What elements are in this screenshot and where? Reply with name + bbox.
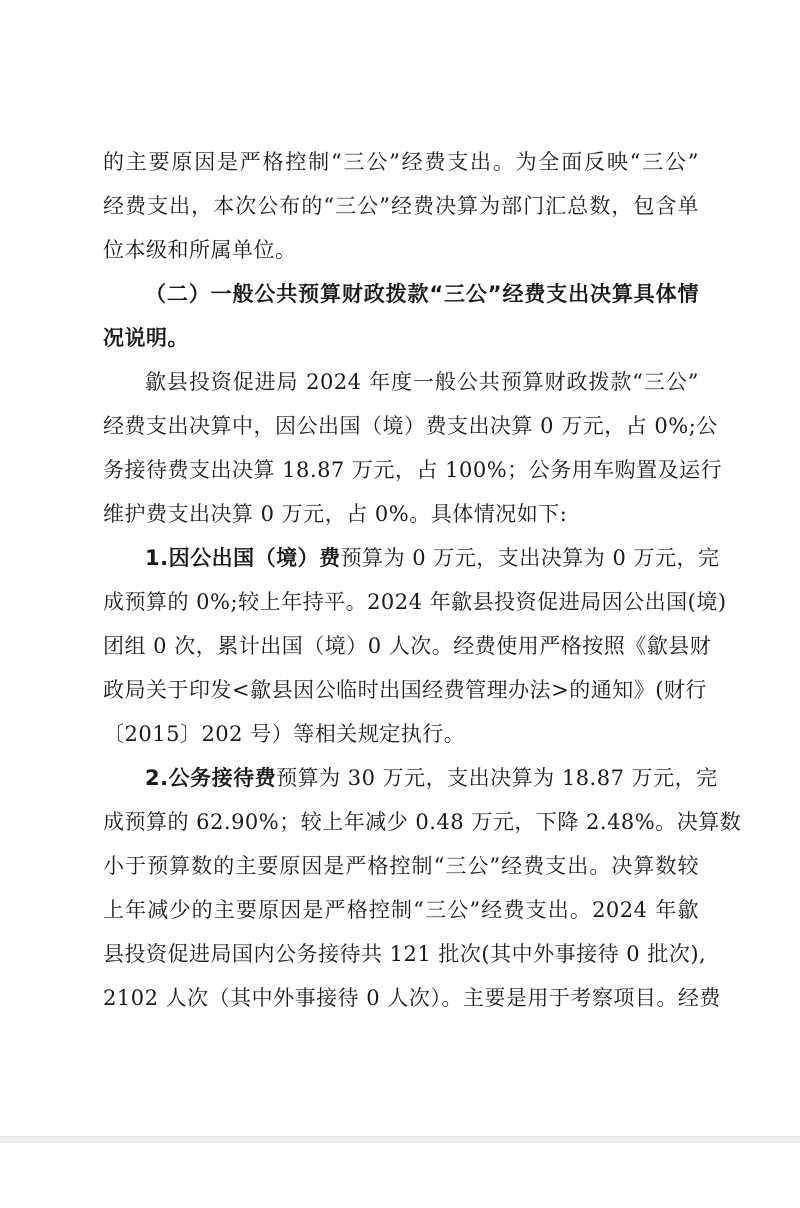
section-heading: （二）一般公共预算财政拨款“三公”经费支出决算具体情 <box>103 272 699 316</box>
item1-text: 预算为 0 万元，支出决算为 0 万元，完 <box>341 546 720 570</box>
page-separator <box>0 1136 800 1143</box>
item2-line: 成预算的 62.90%；较上年减少 0.48 万元，下降 2.48%。决算数 <box>103 800 699 844</box>
item2-line: 县投资促进局国内公务接待共 121 批次(其中外事接待 0 批次), <box>103 932 699 976</box>
summary-line: 务接待费支出决算 18.87 万元，占 100%；公务用车购置及运行 <box>103 448 699 492</box>
next-page-area <box>0 1143 800 1208</box>
item1-title: 1.因公出国（境）费 <box>145 546 341 570</box>
item1-line: 政局关于印发<歙县因公临时出国经费管理办法>的通知》(财行 <box>103 668 699 712</box>
item2-title: 2.公务接待费 <box>145 766 276 790</box>
text-line: 经费支出，本次公布的“三公”经费决算为部门汇总数，包含单 <box>103 184 699 228</box>
item2-line: 小于预算数的主要原因是严格控制“三公”经费支出。决算数较 <box>103 844 699 888</box>
text-line: 位本级和所属单位。 <box>103 228 699 272</box>
item1-line: 〔2015〕202 号）等相关规定执行。 <box>103 712 699 756</box>
item2-first-line: 2.公务接待费预算为 30 万元，支出决算为 18.87 万元，完 <box>103 756 699 800</box>
item2-line: 2102 人次（其中外事接待 0 人次）。主要是用于考察项目。经费 <box>103 976 699 1020</box>
item1-first-line: 1.因公出国（境）费预算为 0 万元，支出决算为 0 万元，完 <box>103 536 699 580</box>
item2-text: 预算为 30 万元，支出决算为 18.87 万元，完 <box>276 766 718 790</box>
text-line: 的主要原因是严格控制“三公”经费支出。为全面反映“三公” <box>103 140 699 184</box>
item1-line: 成预算的 0%;较上年持平。2024 年歙县投资促进局因公出国(境) <box>103 580 699 624</box>
item1-line: 团组 0 次，累计出国（境）0 人次。经费使用严格按照《歙县财 <box>103 624 699 668</box>
summary-line: 经费支出决算中，因公出国（境）费支出决算 0 万元，占 0%;公 <box>103 404 699 448</box>
item2-line: 上年减少的主要原因是严格控制“三公”经费支出。2024 年歙 <box>103 888 699 932</box>
summary-line: 维护费支出决算 0 万元，占 0%。具体情况如下: <box>103 492 699 536</box>
summary-line: 歙县投资促进局 2024 年度一般公共预算财政拨款“三公” <box>103 360 699 404</box>
document-page: 的主要原因是严格控制“三公”经费支出。为全面反映“三公” 经费支出，本次公布的“… <box>0 0 800 1137</box>
document-body: 的主要原因是严格控制“三公”经费支出。为全面反映“三公” 经费支出，本次公布的“… <box>103 140 699 1020</box>
section-heading-continued: 况说明。 <box>103 316 699 360</box>
